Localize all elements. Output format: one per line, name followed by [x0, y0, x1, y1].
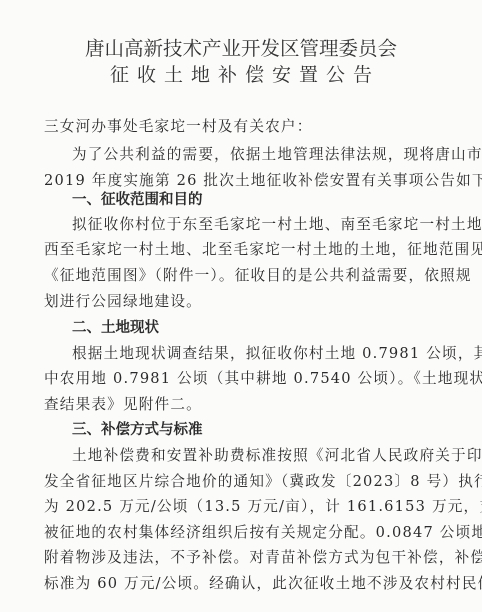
announcement-title: 征收土地补偿安置公告 [0, 60, 482, 87]
intro-line-1: 为了公共利益的需要，依据土地管理法律法规，现将唐山市 [72, 145, 472, 165]
section-3-line: 标准为 60 万元/公顷。经确认，此次征收土地不涉及农村村民住 [44, 574, 444, 594]
section-2-heading: 二、土地现状 [72, 318, 159, 338]
section-3-line: 为 202.5 万元/公顷（13.5 万元/亩），计 161.6153 万元，支… [44, 497, 444, 517]
announcement-page: 唐山高新技术产业开发区管理委员会 征收土地补偿安置公告 三女河办事处毛家坨一村及… [0, 0, 482, 612]
section-3-line: 土地补偿费和安置补助费标准按照《河北省人民政府关于印 [72, 446, 472, 466]
salutation: 三女河办事处毛家坨一村及有关农户： [44, 117, 444, 137]
intro-line-2: 2019 年度实施第 26 批次土地征收补偿安置有关事项公告如下： [44, 171, 444, 191]
section-2-line: 根据土地现状调查结果，拟征收你村土地 0.7981 公顷，其 [72, 344, 472, 364]
section-3-line: 被征地的农村集体经济组织后按有关规定分配。0.0847 公顷地上 [44, 523, 444, 543]
section-1-line: 西至毛家坨一村土地、北至毛家坨一村土地的土地，征地范围见 [44, 240, 444, 260]
section-1-line: 拟征收你村位于东至毛家坨一村土地、南至毛家坨一村土地、 [72, 215, 472, 235]
section-3-line: 发全省征地区片综合地价的通知》（冀政发〔2023〕8 号）执行， [44, 472, 444, 492]
section-1-line: 《征地范围图》（附件一）。征收目的是公共利益需要，依照规 [44, 266, 444, 286]
section-2-line: 查结果表》见附件二。 [44, 395, 444, 415]
section-1-heading: 一、征收范围和目的 [72, 190, 203, 210]
issuing-organization-title: 唐山高新技术产业开发区管理委员会 [0, 33, 482, 61]
section-3-heading: 三、补偿方式与标准 [72, 420, 203, 440]
section-3-line: 附着物涉及违法，不予补偿。对青苗补偿方式为包干补偿，补偿 [44, 548, 444, 568]
section-2-line: 中农用地 0.7981 公顷（其中耕地 0.7540 公顷）。《土地现状调 [44, 369, 444, 389]
section-1-line: 划进行公园绿地建设。 [44, 292, 444, 312]
